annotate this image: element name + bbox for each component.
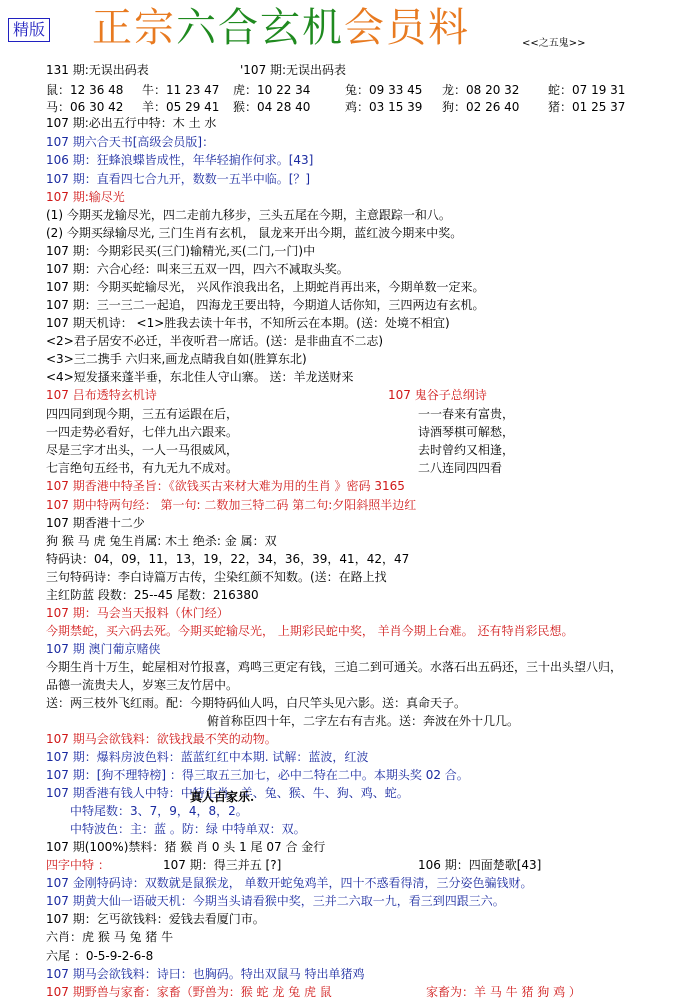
zodiac-cell: 龙：08 20 32	[442, 81, 519, 98]
zodiac-cell: 蛇：07 19 31	[548, 81, 625, 98]
text-line: 特码诀：04，09，11，13，19，22，34，36，39，41，42，47	[46, 551, 409, 568]
text-line: 六肖：虎 猴 马 兔 猪 牛	[46, 929, 173, 946]
text-line: 107 期：今期买蛇输尽光， 兴风作浪我出名，上期蛇肖再出来，今期单数一定来。	[46, 279, 485, 296]
poem-line: 一一春来有富贵，	[418, 406, 514, 423]
table-header-right: '107 期:无误出码表	[240, 62, 346, 79]
poem-line: 尽是三字才出头，一人一马很威风，	[46, 442, 238, 459]
zodiac-cell: 虎：10 22 34	[233, 81, 310, 98]
text-line: 107 期：今期彩民买(三门)输精光,买(二门,一门)中	[46, 243, 315, 260]
sizi-107: 107 期：得三并五 [?]	[163, 857, 281, 874]
text-line: 送：两三枝外飞红雨。配：今期特码仙人吗，白尺竿头见六影。送：真命天子。	[46, 695, 466, 712]
text-line: <3>三二携手 六归来,画龙点睛我自如(胜算东北)	[46, 351, 307, 368]
text-line: 107 期马会欲钱料：欲钱找最不笑的动物。	[46, 731, 277, 748]
zodiac-cell: 鸡：03 15 39	[345, 98, 422, 115]
tianshu-107: 107 期：直看四七合九开，数数一五半中临。[？]	[46, 171, 310, 188]
text-line: 107 期中特两句经： 第一句: 二数加三特二码 第二句:夕阳斜照半边红	[46, 497, 416, 514]
zodiac-cell: 狗：02 26 40	[442, 98, 519, 115]
page-header: 精版 正宗六合玄机会员料 <<之五鬼>>	[0, 0, 679, 58]
text-line: 107 期马会欲钱料：诗曰：也胸码。特出双鼠马 特出单猪鸡	[46, 966, 365, 983]
text-line: 107 金刚特码诗：双数就是鼠猴龙， 单数开蛇兔鸡羊，四十不惑看得清，三分姿色骗…	[46, 875, 533, 892]
text-line: 107 期：马会当天报料（休门经）	[46, 605, 229, 622]
text-line: 107 期：三一三二一起追， 四海龙王要出特，今期道人话你知，三四两边有玄机。	[46, 297, 485, 314]
zodiac-cell: 鼠：12 36 48	[46, 81, 123, 98]
text-line: (2) 今期买绿输尽光, 三门生肖有玄机， 鼠龙来开出今期，蓝红波今期来中奖。	[46, 225, 462, 242]
title-part-1: 正宗	[92, 5, 176, 51]
poem-line: 四四同到现今期，三五有运跟在后，	[46, 406, 238, 423]
sizi-106: 106 期：四面楚歌[43]	[418, 857, 541, 874]
page-subtitle: <<之五鬼>>	[522, 34, 586, 49]
zodiac-cell: 牛：11 23 47	[142, 81, 219, 98]
zodiac-cell: 猪：01 25 37	[548, 98, 625, 115]
text-line: (1) 今期买龙输尽光，四二走前九移步，三头五尾在今期，主意跟踪一和八。	[46, 207, 451, 224]
poem-line: 一四走势必看好，七伴九出六跟来。	[46, 424, 238, 441]
ad-overlay-text: 真人百家乐.	[190, 788, 254, 805]
wuxing-line: 107 期:必出五行中特：木 土 水	[46, 115, 216, 132]
text-line: 107 期野兽与家畜：家畜（野兽为：猴 蛇 龙 兔 虎 鼠	[46, 984, 332, 1001]
edition-badge: 精版	[8, 18, 50, 42]
text-line: 三句特码诗：李白诗篇万古传，尘染红颜不知数。(送：在路上找	[46, 569, 387, 586]
text-line: 今期生肖十万生，蛇屋相对竹报喜，鸡鸣三更定有钱，三追二到可通关。水落石出五码还，…	[46, 659, 622, 676]
poem-line: 七言绝句五经书，有九无九不成对。	[46, 460, 238, 477]
lvbu-title: 107 吕布透特玄机诗	[46, 387, 157, 404]
text-line: 中特波色：主：蓝 。防：绿 中特单双：双。	[70, 821, 306, 838]
text-line: 107 期：爆料房波色料：蓝蓝红红中本期. 试解：蓝波，红波	[46, 749, 368, 766]
tianshu-title: 107 期六合天书[高级会员版]：	[46, 134, 214, 151]
text-line: 107 期香港十二少	[46, 515, 145, 532]
text-line: 六尾 ：0-5-9-2-6-8	[46, 948, 153, 965]
text-line: 107 期天机诗： <1>胜我去读十年书，不知所云在本期。(送：处境不相宜)	[46, 315, 450, 332]
zodiac-cell: 羊：05 29 41	[142, 98, 219, 115]
text-line: 家畜为：羊 马 牛 猪 狗 鸡 ）	[426, 984, 581, 1001]
text-line: 中特尾数：3、7，9，4，8，2。	[70, 803, 248, 820]
title-part-2: 六合玄机	[176, 5, 344, 51]
zodiac-cell: 马：06 30 42	[46, 98, 123, 115]
tianshu-106: 106 期：狂蜂浪蝶皆成性，年华轻掮作何求。[43]	[46, 152, 313, 169]
text-line: 俯首称臣四十年，二字左右有吉兆。送：奔波在外十几几。	[207, 713, 519, 730]
table-header-left: 131 期:无误出码表	[46, 62, 149, 79]
text-line: <2>君子居安不必迁，半夜听君一席话。(送：是非曲直不二志)	[46, 333, 383, 350]
poem-line: 诗酒琴棋可解愁，	[418, 424, 514, 441]
text-line: 107 期香港中特圣旨：《欲钱买古来材大难为用的生肖 》密码 3165	[46, 478, 405, 495]
zodiac-cell: 猴：04 28 40	[233, 98, 310, 115]
shujinguang-title: 107 期:输尽光	[46, 189, 125, 206]
text-line: 107 期 澳门葡京赌侠	[46, 641, 161, 658]
text-line: 107 期黄大仙一语破天机：今期当头请看猴中奖，三并二六取一九，看三到四跟三六。	[46, 893, 505, 910]
zodiac-cell: 兔：09 33 45	[345, 81, 422, 98]
text-line: 狗 猴 马 虎 兔生肖属: 木土 绝杀: 金 属：双	[46, 533, 277, 550]
page-title: 正宗六合玄机会员料	[92, 4, 470, 52]
text-line: 107 期：乞丐欲钱料：爱钱去看厦门市。	[46, 911, 265, 928]
text-line: 今期禁蛇，买六码去死。今期买蛇输尽光， 上期彩民蛇中奖， 羊肖今期上台难。 还有…	[46, 623, 573, 640]
text-line: 107 期：六合心经：叫来三五双一四，四六不减取头奖。	[46, 261, 349, 278]
title-part-3: 会员料	[344, 5, 470, 51]
poem-line: 二八连同四四看	[418, 460, 502, 477]
text-line: 107 期(100%)禁料：猪 猴 肖 0 头 1 尾 07 合 金行	[46, 839, 325, 856]
text-line: <4>短发搔来蓬半垂，东北佳人守山寨。 送：羊龙送财来	[46, 369, 354, 386]
text-line: 107 期：[狗不理特榜] ：得三取五三加七，必中二特在二中。本期头奖 02 合…	[46, 767, 469, 784]
text-line: 品德一流贵夫人，岁寒三友竹居中。	[46, 677, 238, 694]
poem-line: 去时曾约又相逢，	[418, 442, 514, 459]
text-line: 主红防蓝 段数：25--45 尾数：216380	[46, 587, 259, 604]
sizi-label: 四字中特 ：	[46, 857, 110, 874]
guigu-title: 107 鬼谷子总纲诗	[388, 387, 487, 404]
